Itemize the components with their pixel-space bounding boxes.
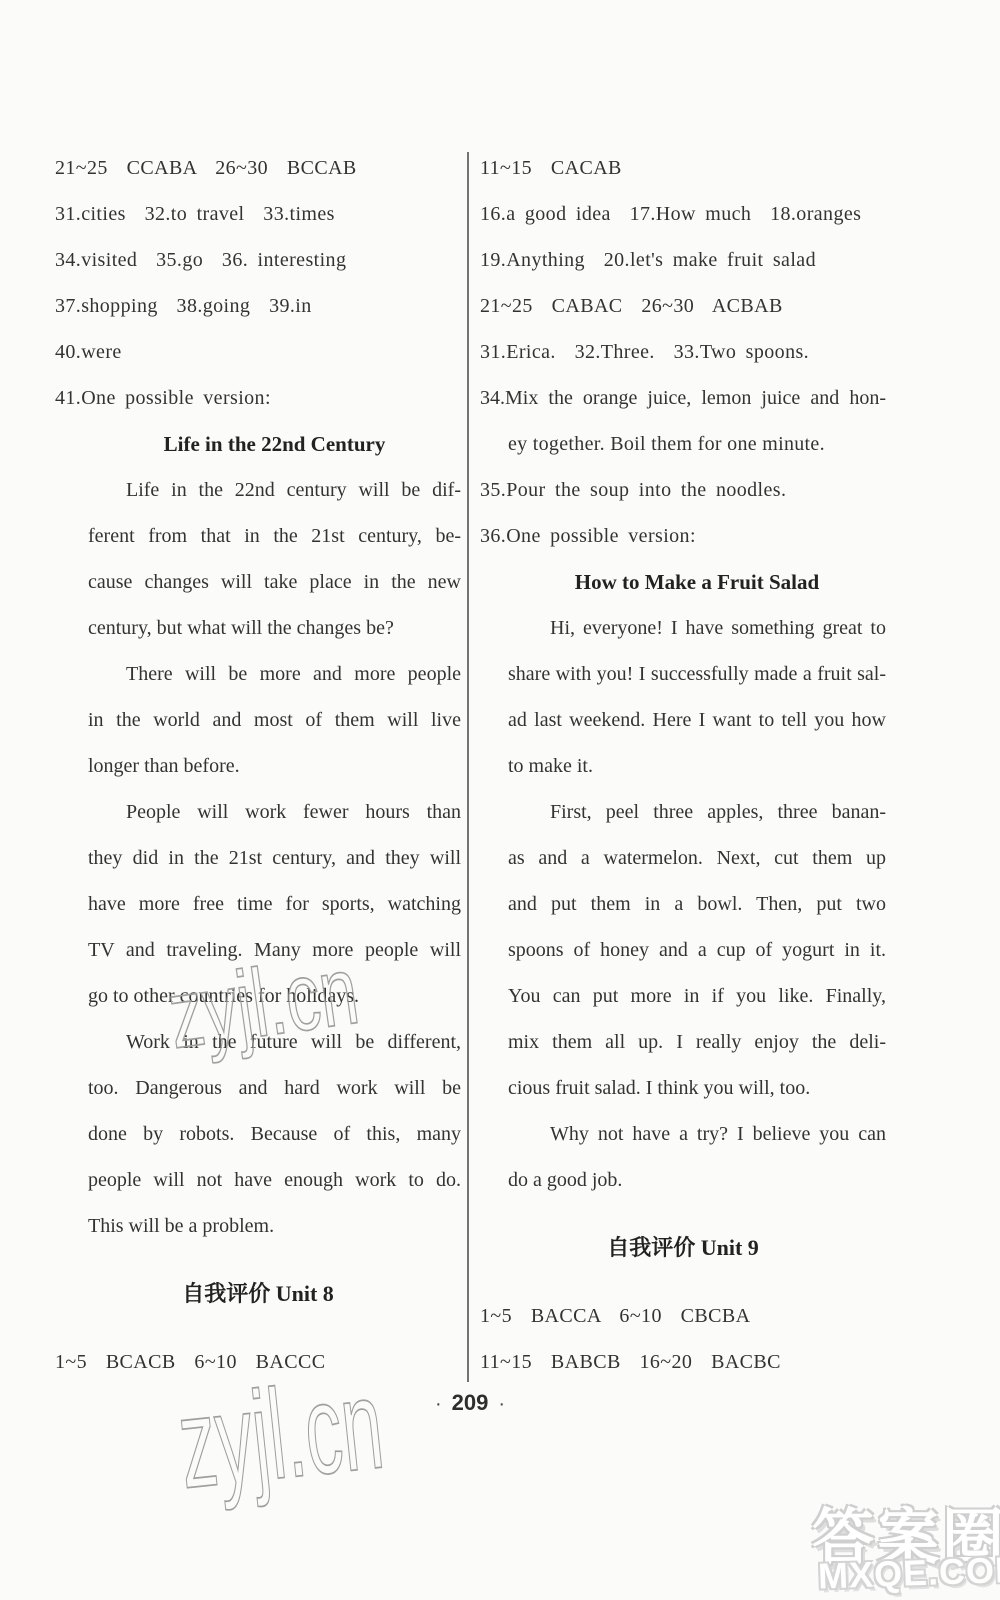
answer-line: 41.One possible version:	[55, 375, 461, 421]
essay-line: mix them all up. I really enjoy the deli…	[508, 1019, 886, 1065]
essay-line: First, peel three apples, three banan-	[508, 789, 886, 835]
answer-line: 35.Pour the soup into the noodles.	[480, 467, 886, 513]
answer-line: 31.Erica. 32.Three. 33.Two spoons.	[480, 329, 886, 375]
essay-line: go to other countries for holidays.	[88, 973, 461, 1019]
essay-line: cious fruit salad. I think you will, too…	[508, 1065, 886, 1111]
essay-line: Why not have a try? I believe you can	[508, 1111, 886, 1157]
answer-line: 36.One possible version:	[480, 513, 886, 559]
essay-line: Hi, everyone! I have something great to	[508, 605, 886, 651]
essay-line: Life in the 22nd century will be dif-	[88, 467, 461, 513]
essay-line: ad last weekend. Here I want to tell you…	[508, 697, 886, 743]
answer-line: 19.Anything 20.let's make fruit salad	[480, 237, 886, 283]
essay-line: and put them in a bowl. Then, put two	[508, 881, 886, 927]
answer-line: 31.cities 32.to travel 33.times	[55, 191, 461, 237]
essay-line: There will be more and more people	[88, 651, 461, 697]
answer-line: 21~25 CCABA 26~30 BCCAB	[55, 145, 461, 191]
essay-line: do a good job.	[508, 1157, 886, 1203]
answer-line: 11~15 CACAB	[480, 145, 886, 191]
essay-line: century, but what will the changes be?	[88, 605, 461, 651]
essay-line: People will work fewer hours than	[88, 789, 461, 835]
essay-line: share with you! I successfully made a fr…	[508, 651, 886, 697]
essay-line: This will be a problem.	[88, 1203, 461, 1249]
page-number-value: 209	[452, 1390, 489, 1415]
essay-line: too. Dangerous and hard work will be	[88, 1065, 461, 1111]
section-heading: 自我评价 Unit 9	[480, 1225, 886, 1271]
answer-line: 40.were	[55, 329, 461, 375]
answer-line: 37.shopping 38.going 39.in	[55, 283, 461, 329]
section-heading: 自我评价 Unit 8	[55, 1271, 461, 1317]
essay-line: ferent from that in the 21st century, be…	[88, 513, 461, 559]
answer-line: ey together. Boil them for one minute.	[480, 421, 886, 467]
column-divider	[467, 152, 469, 1382]
essay-line: have more free time for sports, watching	[88, 881, 461, 927]
logo-site-url: MXQE.COM	[817, 1548, 1000, 1597]
answer-line: 34.Mix the orange juice, lemon juice and…	[480, 375, 886, 421]
essay-line: done by robots. Because of this, many	[88, 1111, 461, 1157]
logo-answer-circle: 答案圈	[812, 1488, 1000, 1577]
section-heading: Life in the 22nd Century	[88, 421, 461, 467]
essay-line: to make it.	[508, 743, 886, 789]
answer-line: 1~5 BCACB 6~10 BACCC	[55, 1339, 461, 1385]
section-heading: How to Make a Fruit Salad	[508, 559, 886, 605]
page-number-dot-left: ·	[425, 1393, 452, 1415]
answer-line: 1~5 BACCA 6~10 CBCBA	[480, 1293, 886, 1339]
right-column: 11~15 CACAB16.a good idea 17.How much 18…	[480, 145, 886, 1385]
answer-line: 34.visited 35.go 36. interesting	[55, 237, 461, 283]
answer-line: 16.a good idea 17.How much 18.oranges	[480, 191, 886, 237]
essay-line: spoons of honey and a cup of yogurt in i…	[508, 927, 886, 973]
page-number: ·209·	[370, 1390, 570, 1416]
essay-line: Work in the future will be different,	[88, 1019, 461, 1065]
essay-line: in the world and most of them will live	[88, 697, 461, 743]
essay-line: as and a watermelon. Next, cut them up	[508, 835, 886, 881]
answer-line: 21~25 CABAC 26~30 ACBAB	[480, 283, 886, 329]
essay-line: people will not have enough work to do.	[88, 1157, 461, 1203]
essay-line: longer than before.	[88, 743, 461, 789]
left-column: 21~25 CCABA 26~30 BCCAB31.cities 32.to t…	[55, 145, 461, 1385]
essay-line: cause changes will take place in the new	[88, 559, 461, 605]
answer-line: 11~15 BABCB 16~20 BACBC	[480, 1339, 886, 1385]
essay-line: they did in the 21st century, and they w…	[88, 835, 461, 881]
essay-line: You can put more in if you like. Finally…	[508, 973, 886, 1019]
essay-line: TV and traveling. Many more people will	[88, 927, 461, 973]
page-number-dot-right: ·	[488, 1393, 515, 1415]
